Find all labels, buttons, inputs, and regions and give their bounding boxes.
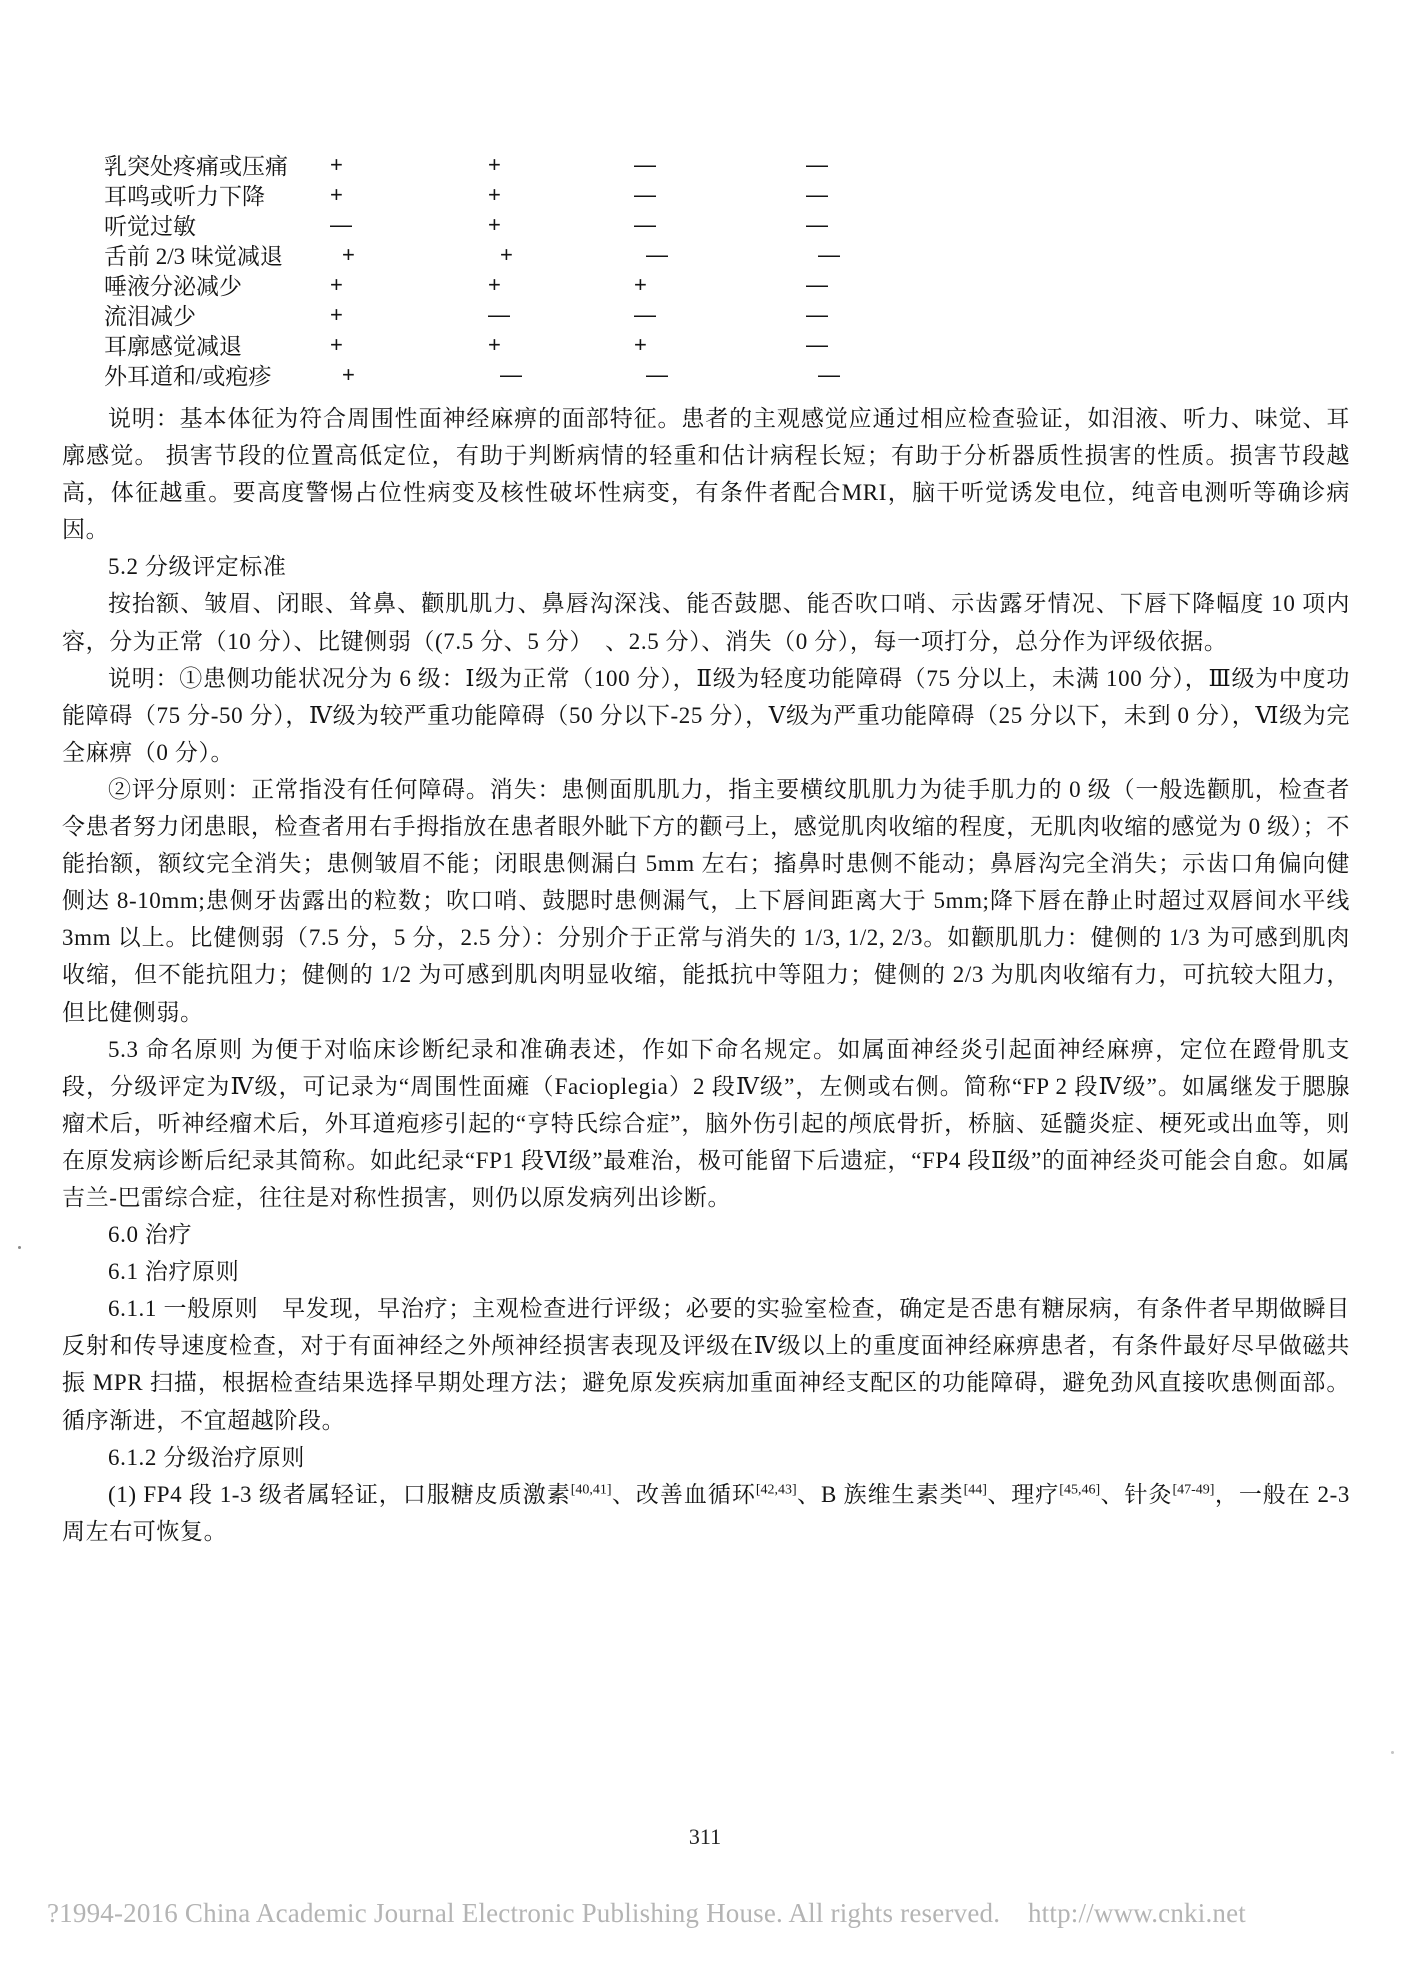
symptom-value: + — [330, 302, 488, 328]
copyright-watermark: ?1994-2016 China Academic Journal Electr… — [47, 1898, 1246, 1929]
para-naming-principle: 5.3 命名原则 为便于对临床诊断纪录和准确表述，作如下命名规定。如属面神经炎引… — [62, 1031, 1350, 1216]
symptom-value: — — [806, 332, 1350, 358]
para-grading-note-1: 说明：①患侧功能状况分为 6 级：Ⅰ级为正常（100 分），Ⅱ级为轻度功能障碍（… — [62, 660, 1350, 771]
symptom-value: + — [488, 212, 634, 238]
citation-ref: [45,46] — [1059, 1482, 1100, 1497]
table-row: 乳突处疼痛或压痛++—— — [104, 148, 1350, 178]
symptom-value: + — [634, 332, 806, 358]
heading-5-2: 5.2 分级评定标准 — [62, 548, 1350, 585]
symptom-value: — — [634, 212, 806, 238]
table-row: 外耳道和/或疱疹+——— — [104, 358, 1350, 388]
symptom-value: — — [634, 302, 806, 328]
symptom-value: — — [634, 152, 806, 178]
para-general-principle: 6.1.1 一般原则 早发现，早治疗；主观检查进行评级；必要的实验室检查，确定是… — [62, 1290, 1350, 1438]
symptom-label: 耳鸣或听力下降 — [104, 178, 330, 211]
heading-6-1: 6.1 治疗原则 — [62, 1253, 1350, 1290]
symptom-value: — — [488, 302, 634, 328]
symptom-value: — — [806, 302, 1350, 328]
symptom-label: 流泪减少 — [104, 298, 330, 331]
citation-ref: [47-49] — [1172, 1482, 1214, 1497]
symptom-value: — — [646, 362, 818, 388]
symptom-value: — — [818, 242, 1362, 268]
symptom-value: + — [488, 152, 634, 178]
symptom-value: + — [488, 272, 634, 298]
symptom-value: + — [330, 152, 488, 178]
page-content: 乳突处疼痛或压痛++——耳鸣或听力下降++——听觉过敏—+——舌前 2/3 味觉… — [62, 148, 1350, 1550]
symptom-label: 舌前 2/3 味觉减退 — [104, 238, 330, 271]
symptom-table: 乳突处疼痛或压痛++——耳鸣或听力下降++——听觉过敏—+——舌前 2/3 味觉… — [62, 148, 1350, 388]
symptom-value: + — [634, 272, 806, 298]
symptom-value: + — [330, 272, 488, 298]
table-row: 耳鸣或听力下降++—— — [104, 178, 1350, 208]
symptom-label: 外耳道和/或疱疹 — [104, 358, 330, 391]
symptom-value: — — [646, 242, 818, 268]
table-row: 舌前 2/3 味觉减退++—— — [104, 238, 1350, 268]
symptom-value: + — [342, 362, 500, 388]
symptom-value: — — [330, 212, 488, 238]
symptom-value: + — [330, 332, 488, 358]
para-treatment-mild: (1) FP4 段 1-3 级者属轻证，口服糖皮质激素[40,41]、改善血循环… — [62, 1476, 1350, 1550]
citation-ref: [44] — [964, 1482, 987, 1497]
symptom-value: + — [330, 182, 488, 208]
symptom-value: + — [488, 182, 634, 208]
symptom-value: + — [488, 332, 634, 358]
symptom-value: — — [806, 272, 1350, 298]
table-row: 流泪减少+——— — [104, 298, 1350, 328]
paragraphs: 说明：基本体征为符合周围性面神经麻痹的面部特征。患者的主观感觉应通过相应检查验证… — [62, 400, 1350, 1550]
page-number: 311 — [0, 1824, 1410, 1850]
symptom-value: + — [500, 242, 646, 268]
symptom-value: — — [634, 182, 806, 208]
table-row: 耳廓感觉减退+++— — [104, 328, 1350, 358]
para-grading-note-2: ②评分原则：正常指没有任何障碍。消失：患侧面肌肌力，指主要横纹肌肌力为徒手肌力的… — [62, 771, 1350, 1031]
para-grading-items: 按抬额、皱眉、闭眼、耸鼻、颧肌肌力、鼻唇沟深浅、能否鼓腮、能否吹口哨、示齿露牙情… — [62, 585, 1350, 659]
symptom-label: 乳突处疼痛或压痛 — [104, 148, 330, 181]
citation-ref: [42,43] — [756, 1482, 797, 1497]
symptom-value: — — [500, 362, 646, 388]
symptom-value: — — [806, 212, 1350, 238]
symptom-value: — — [818, 362, 1362, 388]
symptom-value: + — [342, 242, 500, 268]
symptom-label: 耳廓感觉减退 — [104, 328, 330, 361]
document-page: 乳突处疼痛或压痛++——耳鸣或听力下降++——听觉过敏—+——舌前 2/3 味觉… — [0, 0, 1410, 1972]
scan-speck — [1391, 1751, 1394, 1754]
citation-ref: [40,41] — [571, 1482, 612, 1497]
heading-6-1-2: 6.1.2 分级治疗原则 — [62, 1439, 1350, 1476]
scan-speck — [18, 1246, 21, 1249]
para-table-note: 说明：基本体征为符合周围性面神经麻痹的面部特征。患者的主观感觉应通过相应检查验证… — [62, 400, 1350, 548]
symptom-value: — — [806, 152, 1350, 178]
symptom-label: 听觉过敏 — [104, 208, 330, 241]
symptom-value: — — [806, 182, 1350, 208]
table-row: 听觉过敏—+—— — [104, 208, 1350, 238]
table-row: 唾液分泌减少+++— — [104, 268, 1350, 298]
symptom-label: 唾液分泌减少 — [104, 268, 330, 301]
heading-6-0: 6.0 治疗 — [62, 1216, 1350, 1253]
